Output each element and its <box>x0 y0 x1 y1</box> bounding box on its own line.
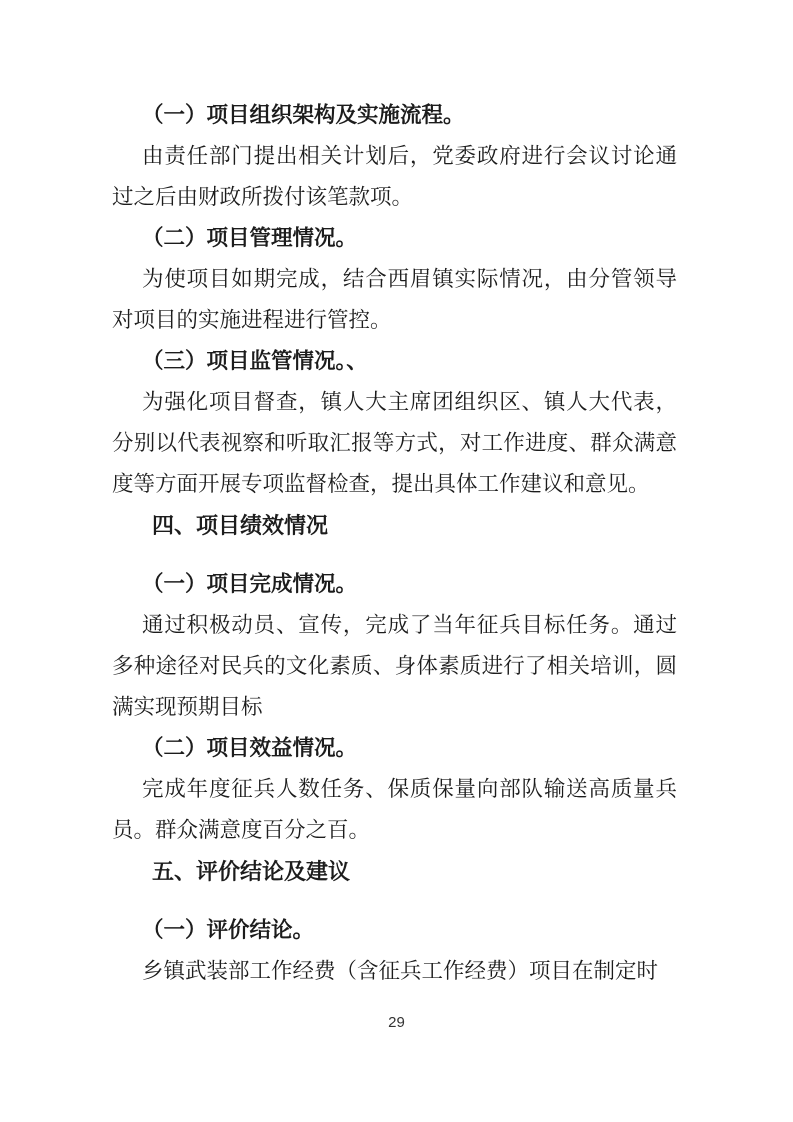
subheading-project-benefit: （二）项目效益情况。 <box>112 728 677 769</box>
paragraph-conclusion-detail: 乡镇武装部工作经费（含征兵工作经费）项目在制定时 <box>112 951 677 992</box>
subheading-project-structure: （一）项目组织架构及实施流程。 <box>112 95 677 136</box>
paragraph-line: 通过积极动员、宣传，完成了当年征兵目标任务。通过 <box>112 605 677 646</box>
subheading-project-completion: （一）项目完成情况。 <box>112 564 677 605</box>
paragraph-line: 员。群众满意度百分之百。 <box>112 810 677 851</box>
paragraph-line: 完成年度征兵人数任务、保质保量向部队输送高质量兵 <box>112 769 677 810</box>
subheading-evaluation-conclusion: （一）评价结论。 <box>112 910 677 951</box>
paragraph-supervision-detail: 为强化项目督查，镇人大主席团组织区、镇人大代表， 分别以代表视察和听取汇报等方式… <box>112 382 677 505</box>
paragraph-line: 为使项目如期完成，结合西眉镇实际情况，由分管领导 <box>112 259 677 300</box>
paragraph-line: 为强化项目督查，镇人大主席团组织区、镇人大代表， <box>112 382 677 423</box>
section-heading-performance: 四、项目绩效情况 <box>112 505 677 546</box>
paragraph-line: 乡镇武装部工作经费（含征兵工作经费）项目在制定时 <box>112 951 677 992</box>
document-page: （一）项目组织架构及实施流程。 由责任部门提出相关计划后，党委政府进行会议讨论通… <box>0 0 793 1122</box>
section-heading-conclusion: 五、评价结论及建议 <box>112 851 677 892</box>
subheading-project-management: （二）项目管理情况。 <box>112 218 677 259</box>
paragraph-line: 满实现预期目标 <box>112 687 677 728</box>
paragraph-completion-detail: 通过积极动员、宣传，完成了当年征兵目标任务。通过 多种途径对民兵的文化素质、身体… <box>112 605 677 728</box>
paragraph-line: 多种途径对民兵的文化素质、身体素质进行了相关培训，圆 <box>112 646 677 687</box>
paragraph-line: 度等方面开展专项监督检查，提出具体工作建议和意见。 <box>112 464 677 505</box>
paragraph-line: 分别以代表视察和听取汇报等方式，对工作进度、群众满意 <box>112 423 677 464</box>
paragraph-line: 过之后由财政所拨付该笔款项。 <box>112 177 677 218</box>
page-number: 29 <box>0 1014 793 1031</box>
subheading-project-supervision: （三）项目监管情况。、 <box>112 341 677 382</box>
page-content: （一）项目组织架构及实施流程。 由责任部门提出相关计划后，党委政府进行会议讨论通… <box>112 95 677 992</box>
paragraph-funding-process: 由责任部门提出相关计划后，党委政府进行会议讨论通 过之后由财政所拨付该笔款项。 <box>112 136 677 218</box>
paragraph-line: 由责任部门提出相关计划后，党委政府进行会议讨论通 <box>112 136 677 177</box>
paragraph-management-detail: 为使项目如期完成，结合西眉镇实际情况，由分管领导 对项目的实施进程进行管控。 <box>112 259 677 341</box>
paragraph-line: 对项目的实施进程进行管控。 <box>112 300 677 341</box>
paragraph-benefit-detail: 完成年度征兵人数任务、保质保量向部队输送高质量兵 员。群众满意度百分之百。 <box>112 769 677 851</box>
